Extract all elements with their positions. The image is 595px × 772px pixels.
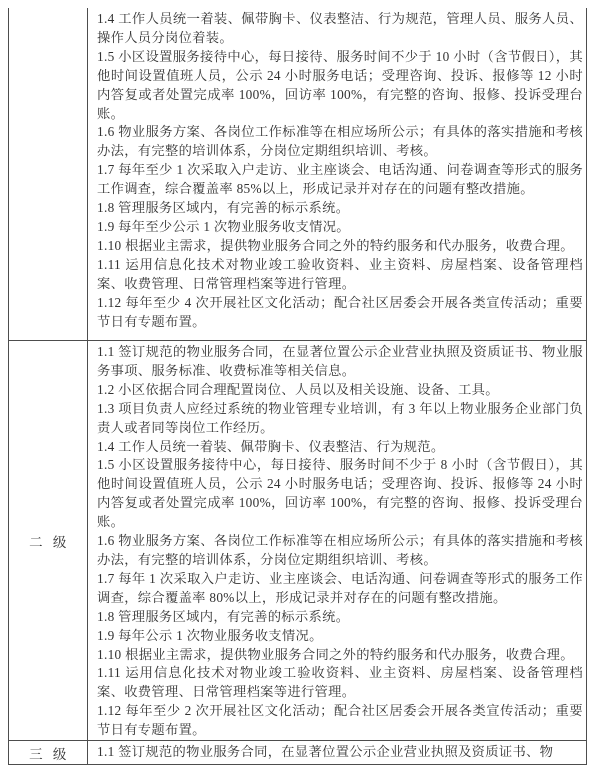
standard-item: 1.9 每年公示 1 次物业服务收支情况。 [97, 627, 583, 646]
standard-item: 1.5 小区设置服务接待中心，每日接待、服务时间不少于 8 小时（含节假日），其… [97, 456, 583, 532]
standard-item: 1.12 每年至少 2 次开展社区文化活动；配合社区居委会开展各类宣传活动；重要… [97, 702, 583, 740]
level-label: 三 级 [29, 743, 67, 763]
standard-item: 1.6 物业服务方案、各岗位工作标准等在相应场所公示；有具体的落实措施和考核办法… [97, 123, 583, 161]
standard-item: 1.1 签订规范的物业服务合同，在显著位置公示企业营业执照及资质证书、物业服务事… [97, 343, 583, 381]
level-label: 二 级 [29, 531, 67, 551]
standard-item: 1.10 根据业主需求，提供物业服务合同之外的特约服务和代办服务，收费合理。 [97, 237, 583, 256]
standard-item: 1.4 工作人员统一着装、佩带胸卡、仪表整洁、行为规范，管理人员、服务人员、操作… [97, 10, 583, 48]
standard-item: 1.8 管理服务区域内，有完善的标示系统。 [97, 608, 583, 627]
standard-item: 1.11 运用信息化技术对物业竣工验收资料、业主资料、房屋档案、设备管理档案、收… [97, 664, 583, 702]
standard-item: 1.8 管理服务区域内，有完善的标示系统。 [97, 199, 583, 218]
level-label-cell: 三 级 [8, 741, 88, 764]
standard-item: 1.1 签订规范的物业服务合同，在显著位置公示企业营业执照及资质证书、物 [97, 743, 583, 762]
standard-items-cell: 1.4 工作人员统一着装、佩带胸卡、仪表整洁、行为规范，管理人员、服务人员、操作… [88, 8, 587, 340]
standard-item: 1.6 物业服务方案、各岗位工作标准等在相应场所公示；有具体的落实措施和考核办法… [97, 532, 583, 570]
document-page: 1.4 工作人员统一着装、佩带胸卡、仪表整洁、行为规范，管理人员、服务人员、操作… [0, 0, 595, 772]
standard-item: 1.5 小区设置服务接待中心，每日接待、服务时间不少于 10 小时（含节假日），… [97, 48, 583, 124]
standard-items-cell: 1.1 签订规范的物业服务合同，在显著位置公示企业营业执照及资质证书、物业服务事… [88, 341, 587, 740]
standard-items-cell: 1.1 签订规范的物业服务合同，在显著位置公示企业营业执照及资质证书、物 [88, 741, 587, 764]
table-row: 三 级 1.1 签订规范的物业服务合同，在显著位置公示企业营业执照及资质证书、物 [8, 741, 587, 765]
standard-item: 1.10 根据业主需求，提供物业服务合同之外的特约服务和代办服务，收费合理。 [97, 646, 583, 665]
standard-item: 1.4 工作人员统一着装、佩带胸卡、仪表整洁、行为规范。 [97, 438, 583, 457]
standard-item: 1.3 项目负责人应经过系统的物业管理专业培训，有 3 年以上物业服务企业部门负… [97, 400, 583, 438]
standard-item: 1.2 小区依据合同合理配置岗位、人员以及相关设施、设备、工具。 [97, 381, 583, 400]
standard-item: 1.7 每年至少 1 次采取入户走访、业主座谈会、电话沟通、问卷调查等形式的服务… [97, 161, 583, 199]
level-label-cell [8, 8, 88, 340]
table-row: 1.4 工作人员统一着装、佩带胸卡、仪表整洁、行为规范，管理人员、服务人员、操作… [8, 8, 587, 341]
table-row: 二 级 1.1 签订规范的物业服务合同，在显著位置公示企业营业执照及资质证书、物… [8, 341, 587, 741]
standard-item: 1.9 每年至少公示 1 次物业服务收支情况。 [97, 218, 583, 237]
standard-item: 1.7 每年 1 次采取入户走访、业主座谈会、电话沟通、问卷调查等形式的服务工作… [97, 570, 583, 608]
standard-item: 1.12 每年至少 4 次开展社区文化活动；配合社区居委会开展各类宣传活动；重要… [97, 294, 583, 332]
grade-standard-table: 1.4 工作人员统一着装、佩带胸卡、仪表整洁、行为规范，管理人员、服务人员、操作… [8, 8, 587, 765]
standard-item: 1.11 运用信息化技术对物业竣工验收资料、业主资料、房屋档案、设备管理档案、收… [97, 256, 583, 294]
level-label-cell: 二 级 [8, 341, 88, 740]
